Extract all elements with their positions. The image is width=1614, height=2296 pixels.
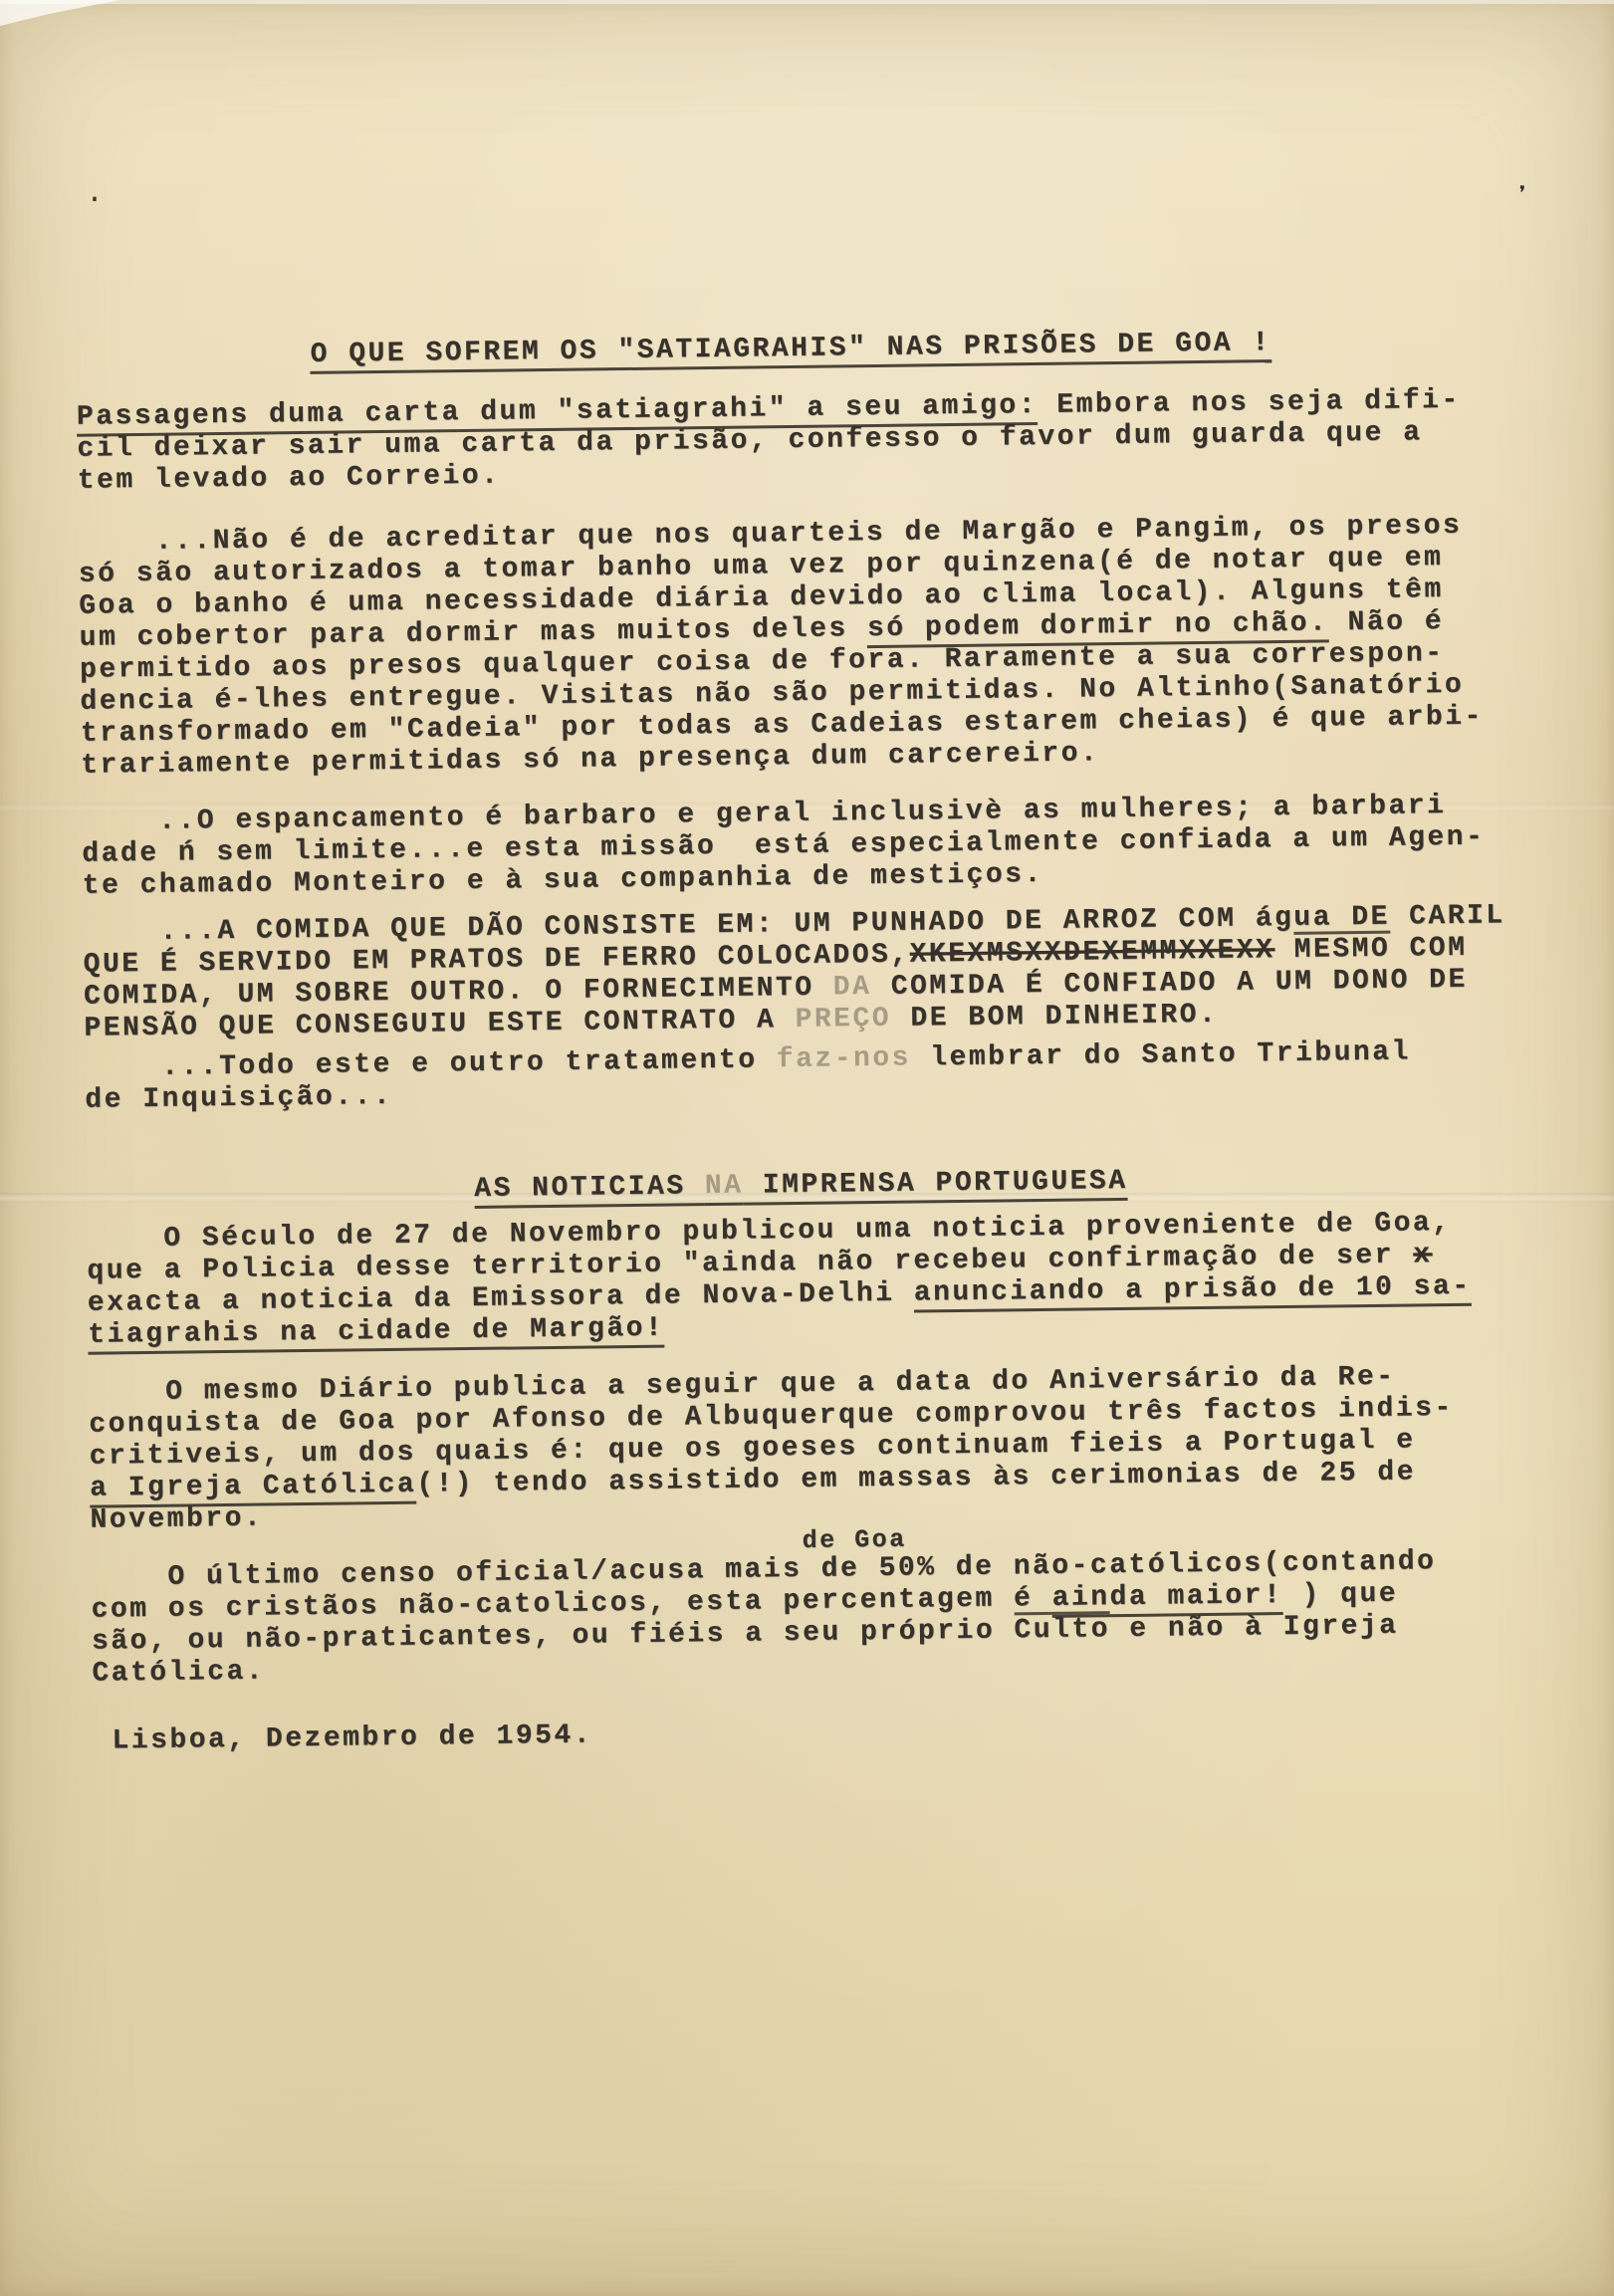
- paragraph-intro: Passagens duma carta dum "satiagrahi" a …: [77, 384, 1507, 498]
- text-segment: COMIDA É CONFIADO A UM DONO DE: [871, 965, 1468, 1003]
- text-segment: de Inquisição...: [85, 1081, 392, 1116]
- paragraph-inquisicao: ...Todo este e outro tratamento faz-nos …: [85, 1035, 1515, 1117]
- paragraph-seculo: O Século de 27 de Novembro publicou uma …: [87, 1207, 1517, 1352]
- paragraph-comida: ...A COMIDA QUE DÃO CONSISTE EM: UM PUNH…: [83, 900, 1513, 1045]
- text-segment: XKEXMSXXDEXEMMXXEXX: [909, 935, 1274, 970]
- text-segment: ...Todo este e outro tratamento: [161, 1044, 777, 1083]
- document-body: O QUE SOFREM OS "SATIAGRAHIS" NAS PRISÕE…: [76, 325, 1522, 1757]
- text-segment: Lisboa, Dezembro de 1954.: [112, 1721, 592, 1757]
- text-segment: PREÇO: [795, 1004, 891, 1035]
- text-line: AS NOTICIAS NA IMPRENSA PORTUGUESA: [86, 1161, 1515, 1211]
- text-segment: anunciando a prisão de 10 sa-: [914, 1271, 1472, 1313]
- text-line: O QUE SOFREM OS "SATIAGRAHIS" NAS PRISÕE…: [76, 325, 1505, 374]
- paragraph-quarteis: ...Não é de acreditar que nos quarteis d…: [78, 510, 1510, 783]
- paragraph-diario: O mesmo Diário publica a seguir que a da…: [89, 1360, 1520, 1537]
- text-segment: Não é: [1328, 606, 1444, 638]
- paragraph-censo: de GoaO último censo oficial/acusa mais …: [91, 1519, 1522, 1691]
- text-segment: Culto: [1014, 1611, 1110, 1646]
- text-segment: x: [1413, 1240, 1433, 1270]
- text-line: Lisboa, Dezembro de 1954.: [93, 1709, 1522, 1758]
- text-segment: Novembro.: [90, 1503, 263, 1536]
- text-segment: Embora nos seja difi-: [1038, 385, 1461, 421]
- document-title: O QUE SOFREM OS "SATIAGRAHIS" NAS PRISÕE…: [76, 325, 1505, 374]
- text-segment: lembrar do Santo Tribunal: [911, 1036, 1411, 1073]
- text-segment: AS NOTICIAS: [474, 1171, 705, 1209]
- stray-ink-dot: .: [86, 177, 104, 211]
- text-segment: DA: [833, 972, 872, 1003]
- text-segment: O QUE SOFREM OS "SATIAGRAHIS" NAS PRISÕE…: [310, 328, 1270, 374]
- text-segment: ) que: [1282, 1579, 1398, 1611]
- section-heading-imprensa: AS NOTICIAS NA IMPRENSA PORTUGUESA: [86, 1161, 1515, 1211]
- text-segment: tiagrahis na cidade de Margão!: [88, 1313, 664, 1355]
- text-segment: IMPRENSA PORTUGUESA: [743, 1166, 1127, 1206]
- text-segment: DE BOM DINHEIRO.: [891, 1000, 1219, 1034]
- text-segment: NA: [705, 1171, 744, 1206]
- stray-ink-mark: ❜: [1511, 180, 1530, 212]
- text-segment: faz-nos: [777, 1043, 911, 1076]
- date-line: Lisboa, Dezembro de 1954.: [93, 1709, 1522, 1758]
- paragraph-espancamento: ..O espancamento é barbaro e geral inclu…: [82, 790, 1512, 903]
- text-segment: e não à Igreja: [1110, 1611, 1399, 1646]
- text-segment: MESMO: [1293, 931, 1390, 966]
- text-segment: tem levado ao Correio.: [78, 461, 501, 497]
- text-segment: Católica.: [92, 1657, 265, 1690]
- text-segment: COM: [1390, 933, 1468, 965]
- paper-edge: [0, 0, 1614, 4]
- text-segment: [1274, 935, 1294, 966]
- text-segment: de Goa: [802, 1525, 906, 1555]
